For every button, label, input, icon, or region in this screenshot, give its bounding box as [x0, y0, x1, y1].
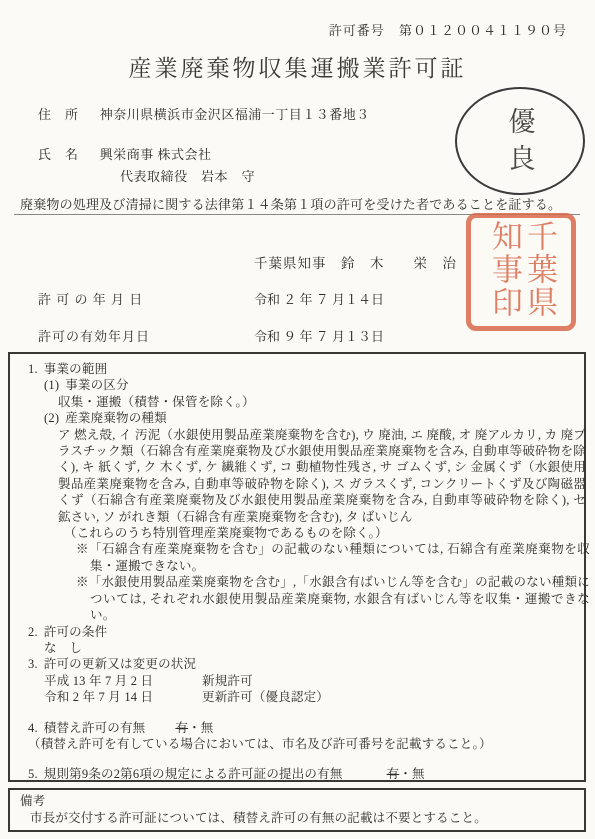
- valid-date-value: 令和 ９ 年 ７ 月１３日: [254, 326, 384, 345]
- history-row: 平成 13 年 7 月 2 日 新規許可: [44, 673, 574, 689]
- representative-name: 代表取締役 岩本 守: [120, 166, 255, 185]
- permit-number-label: 許可番号: [329, 23, 385, 38]
- section1-sub1-heading: (1)事業の区分: [44, 377, 574, 393]
- history-row: 令和 2 年 7 月 14 日 更新許可（優良認定）: [44, 689, 574, 705]
- special-waste-exclusion: （これらのうち特別管理産業廃棄物であるものを除く。）: [64, 525, 574, 541]
- section3-heading: 3.許可の更新又は変更の状況: [28, 656, 574, 672]
- mercury-note: ※「水銀使用製品産業廃棄物を含む」,「水銀含有ばいじん等を含む」の記載のない種類…: [76, 574, 590, 623]
- permit-number-value: 第０１２００４１１９０号: [399, 23, 567, 38]
- permit-number: 許可番号 第０１２００４１１９０号: [329, 20, 567, 39]
- governor-seal-left-column: 知事印: [488, 220, 519, 326]
- option-no: 無: [201, 721, 214, 735]
- history-action: 新規許可: [202, 673, 253, 689]
- remarks-text: 市長が交付する許可証については、積替え許可の有無の記載は不要とすること。: [30, 810, 574, 827]
- address-row: 住 所 神奈川県横浜市金沢区福浦一丁目１３番地３: [38, 104, 370, 123]
- section5-heading: 5.規則第9条の2第6項の規定による許可証の提出の有無有・無: [28, 766, 574, 782]
- address-label: 住 所: [38, 104, 96, 123]
- history-action: 更新許可（優良認定）: [202, 689, 329, 705]
- name-row: 氏 名 興栄商事 株式会社: [38, 144, 212, 163]
- address-value: 神奈川県横浜市金沢区福浦一丁目１３番地３: [100, 107, 370, 122]
- name-label: 氏 名: [38, 144, 96, 163]
- certificate-submission-options: 有・無: [387, 767, 425, 781]
- business-category-value: 収集・運搬（積替・保管を除く。）: [58, 394, 574, 410]
- company-name: 興栄商事 株式会社: [100, 147, 212, 162]
- remarks-box: 備考 市長が交付する許可証については、積替え許可の有無の記載は不要とすること。: [8, 788, 586, 832]
- permit-conditions-value: な し: [44, 640, 574, 656]
- history-date: 平成 13 年 7 月 2 日: [44, 673, 202, 689]
- excellent-certification-stamp: 優良: [455, 87, 585, 195]
- option-yes: 有: [175, 721, 188, 735]
- valid-date-label: 許可の有効年月日: [38, 326, 150, 345]
- option-yes: 有: [387, 767, 400, 781]
- remarks-label: 備考: [20, 793, 574, 810]
- section1-heading: 1.事業の範囲: [28, 361, 574, 377]
- permit-document-page: { "page": { "background": "#fbfaf6", "in…: [0, 0, 595, 839]
- governor-seal: 知事印 千葉県: [466, 213, 576, 331]
- issuer-governor-name: 千葉県知事 鈴 木 栄 治: [254, 252, 457, 272]
- excellent-stamp-label: 優良: [501, 107, 540, 181]
- section4-note: （積替え許可を有している場合においては、市名及び許可番号を記載すること。）: [28, 736, 574, 752]
- section4-heading: 4.積替え許可の有無有・無: [28, 720, 574, 736]
- issue-date-value: 令和 ２ 年 ７ 月１４日: [254, 289, 384, 308]
- waste-types-paragraph: ア 燃え殻, イ 汚泥（水銀使用製品産業廃棄物を含む), ウ 廃油, エ 廃酸,…: [58, 427, 586, 525]
- permit-details-box: 1.事業の範囲 (1)事業の区分 収集・運搬（積替・保管を除く。） (2)産業廃…: [8, 352, 586, 782]
- page-title: 産業廃棄物収集運搬業許可証: [0, 50, 595, 83]
- asbestos-note: ※「石綿含有産業廃棄物を含む」の記載のない種類については, 石綿含有産業廃棄物を…: [76, 541, 590, 574]
- governor-seal-right-column: 千葉県: [523, 220, 554, 326]
- option-no: 無: [412, 767, 425, 781]
- transfer-permit-options: 有・無: [175, 721, 213, 735]
- section2-heading: 2.許可の条件: [28, 624, 574, 640]
- section1-sub2-heading: (2)産業廃棄物の種類: [44, 410, 574, 426]
- issue-date-label: 許 可 の 年 月 日: [38, 289, 143, 308]
- section1-number: 1.: [28, 362, 38, 376]
- history-date: 令和 2 年 7 月 14 日: [44, 689, 202, 705]
- certification-statement: 廃棄物の処理及び清掃に関する法律第１４条第１項の許可を受けた者であることを証する…: [20, 194, 580, 213]
